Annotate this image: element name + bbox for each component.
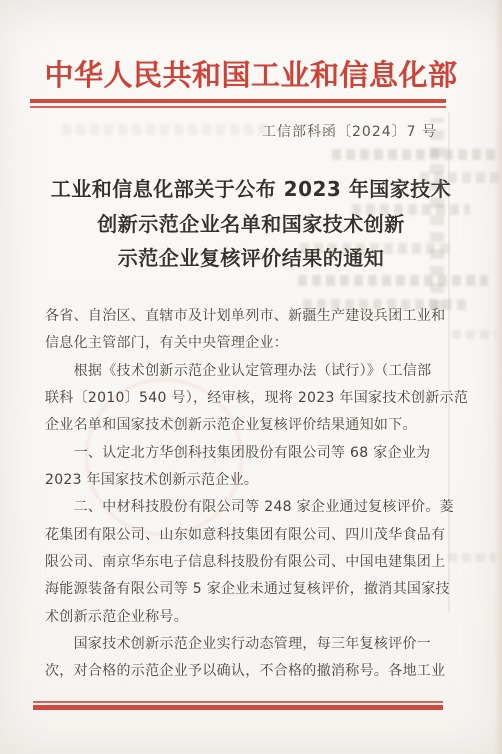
scanned-document-page: 中华人民共和国工业和信息化部 工信部科函〔2024〕7 号 工业和信息化部关于公… [0, 0, 502, 754]
bleedthrough-artifact [300, 243, 450, 254]
bleedthrough-artifact [62, 124, 272, 135]
footer-rule-thin [33, 701, 443, 703]
body-line: 限公司、南京华东电子信息科技股份有限公司、中国电建集团上 [45, 549, 447, 576]
bleedthrough-artifact [352, 204, 470, 215]
footer-rule-thick [33, 705, 443, 710]
body-line: 次，对合格的示范企业予以确认，不合格的撤消称号。各地工业 [45, 658, 447, 685]
body-line: 花集团有限公司、山东如意科技集团有限公司、四川茂华食品有 [45, 522, 447, 549]
document-title-line-1: 工业和信息化部关于公布 2023 年国家技术 [40, 172, 462, 207]
document-reference-number: 工信部科函〔2024〕7 号 [262, 121, 437, 141]
letterhead-rule-thick [30, 99, 446, 103]
body-line: 术创新示范企业称号。 [45, 604, 447, 631]
bleedthrough-artifact [298, 275, 488, 286]
body-line: 信息化主管部门，有关中央管理企业： [45, 330, 447, 357]
body-line: 海能源装备有限公司等 5 家企业未通过复核评价，撤消其国家技 [45, 576, 447, 603]
bleedthrough-artifact [332, 149, 500, 160]
document-title: 工业和信息化部关于公布 2023 年国家技术 创新示范企业名单和国家技术创新 示… [40, 172, 462, 276]
bleedthrough-artifact [448, 553, 496, 562]
body-line: 国家技术创新示范企业实行动态管理，每三年复核评价一 [45, 631, 447, 658]
paper-fold-artifact [448, 112, 450, 612]
letterhead-rule-thin [30, 106, 446, 108]
scan-edge-shadow [494, 0, 502, 754]
letterhead-agency-name: 中华人民共和国工业和信息化部 [0, 53, 502, 94]
stamp-bleedthrough-artifact [85, 378, 243, 536]
bleedthrough-artifact [430, 118, 444, 310]
body-line: 根据《技术创新示范企业认定管理办法（试行）》（工信部 [45, 358, 447, 385]
bleedthrough-artifact [452, 330, 496, 339]
